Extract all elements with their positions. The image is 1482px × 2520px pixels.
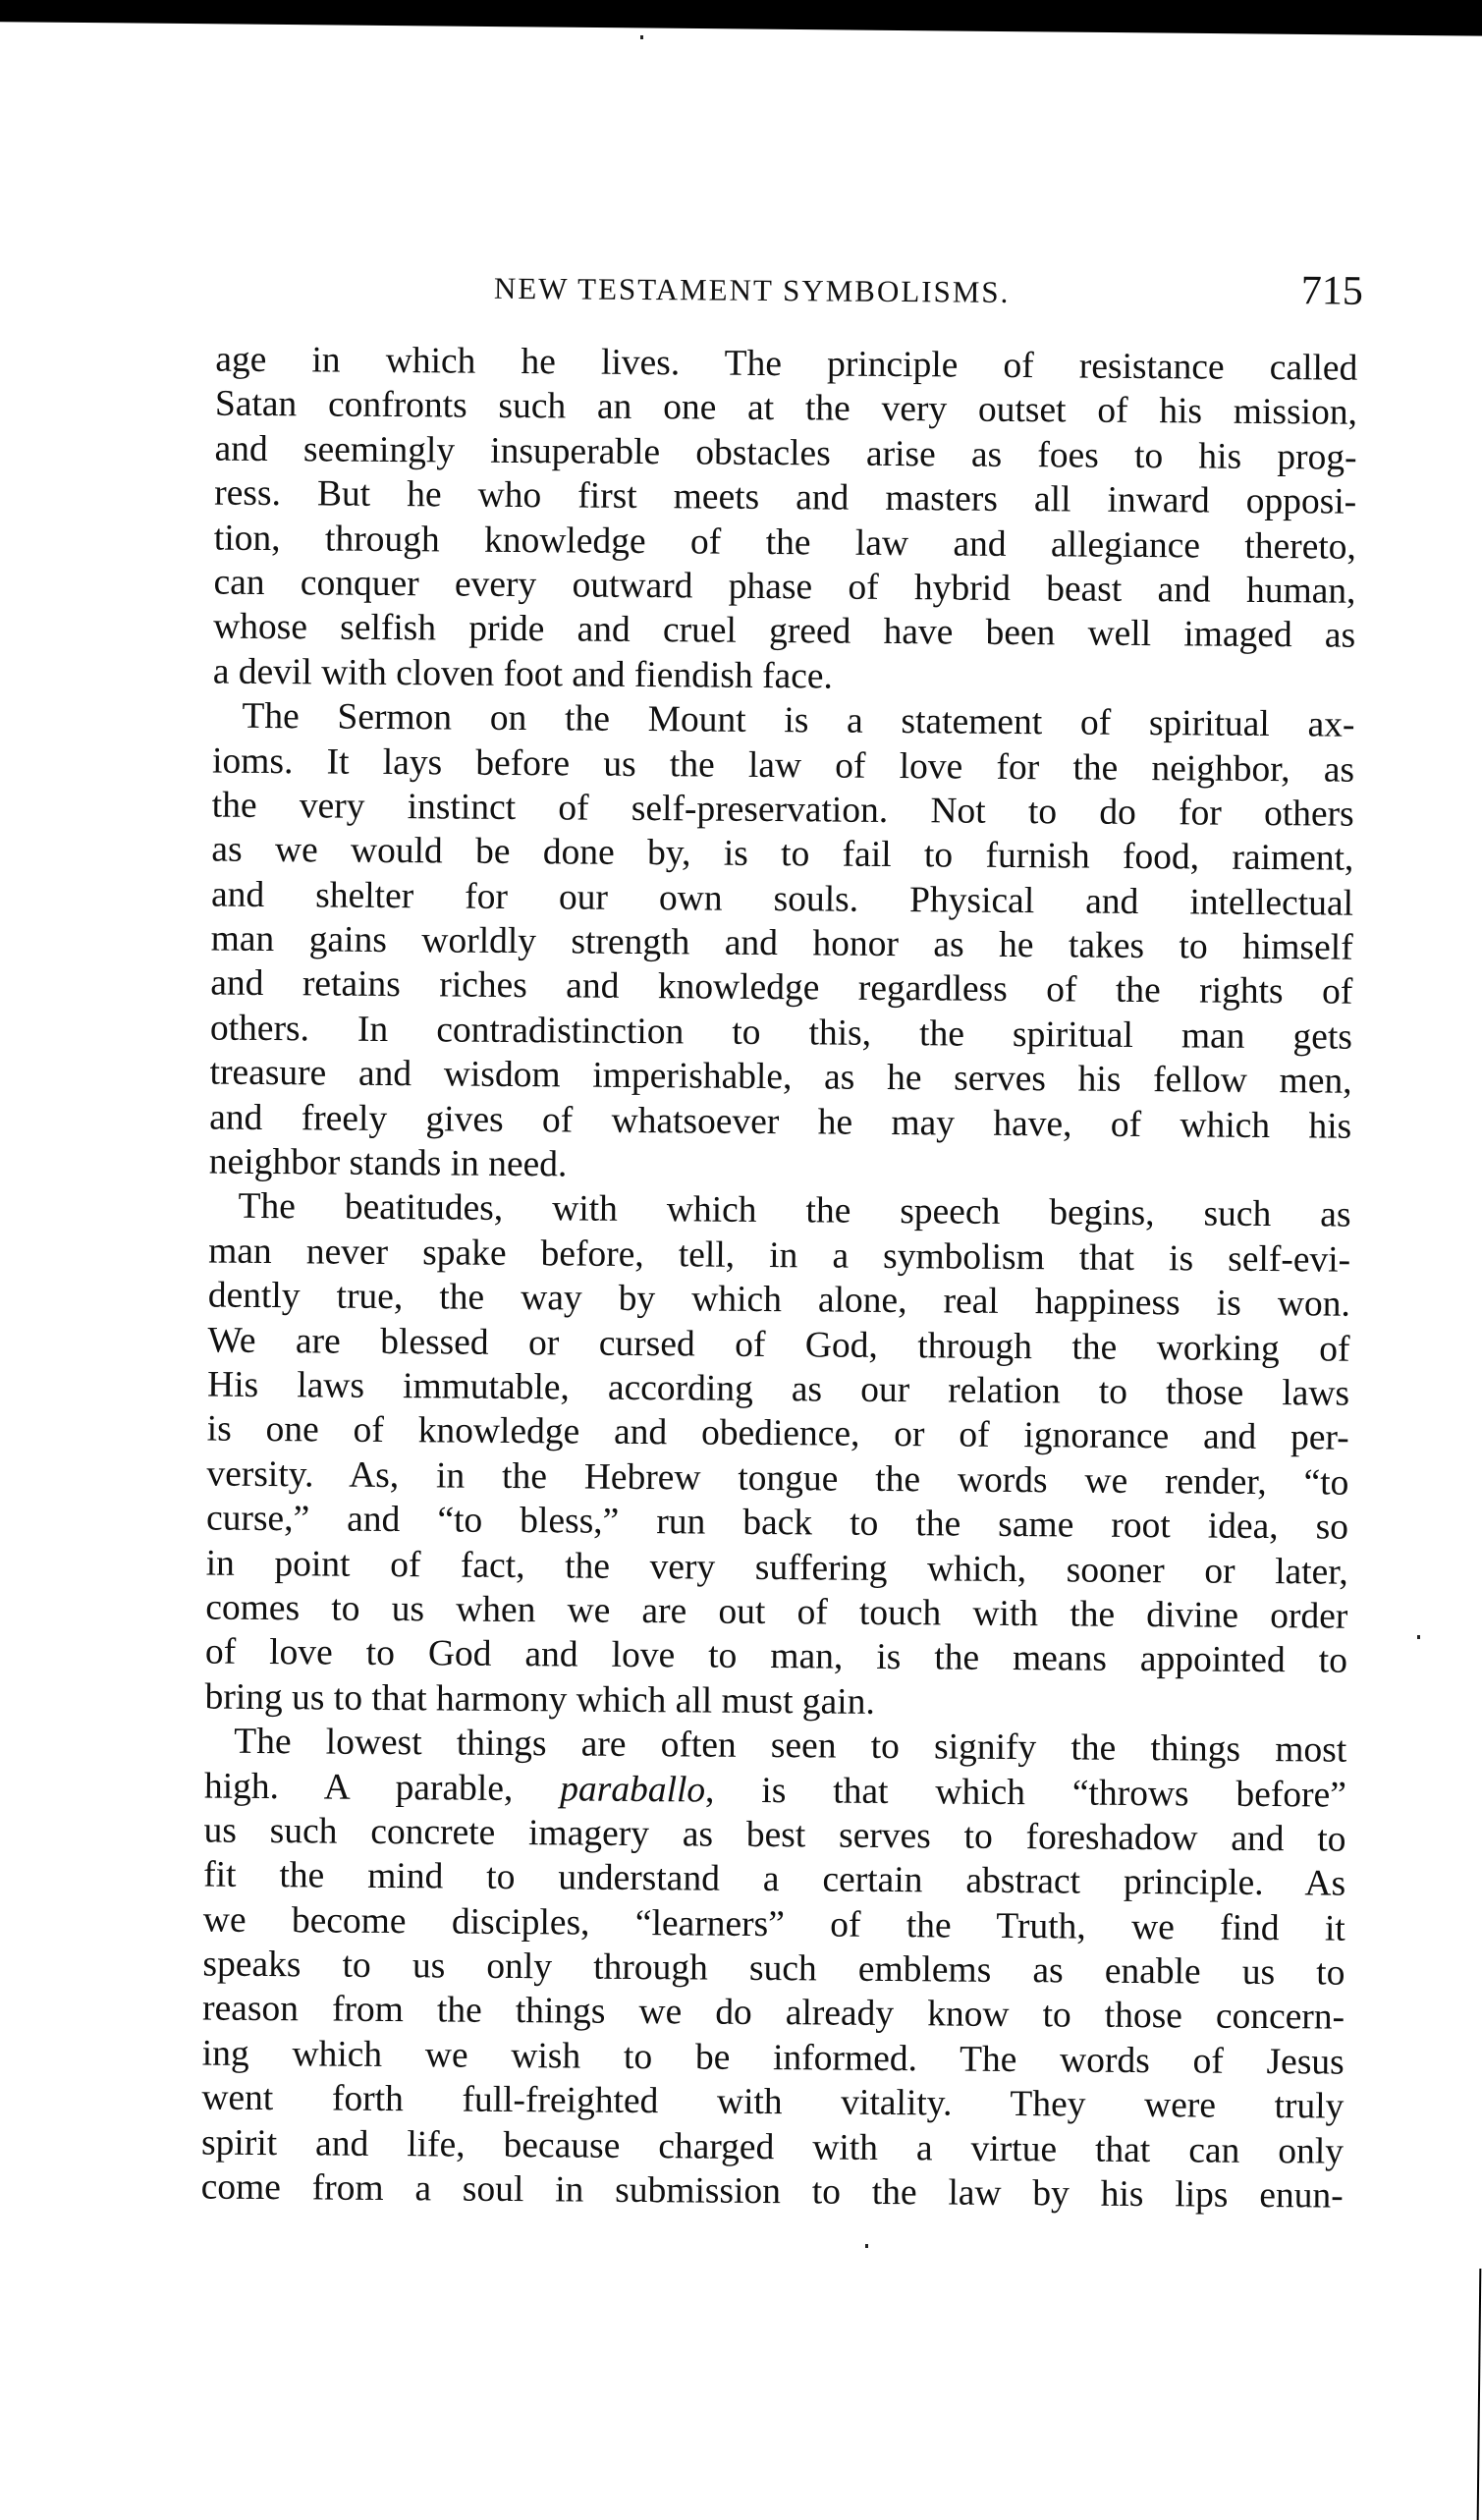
scan-right-page-edge: [1477, 2269, 1482, 2520]
paragraph-3: The beatitudes, with which the speech be…: [204, 1184, 1350, 1728]
paragraph-1: age in which he lives. The principle of …: [213, 338, 1358, 703]
paragraph-4: The lowest things are often seen to sign…: [201, 1720, 1347, 2219]
body-text: age in which he lives. The principle of …: [201, 338, 1358, 2219]
text-segment: , is that which “throws before”: [705, 1770, 1346, 1815]
book-page: NEW TESTAMENT SYMBOLISMS. 715 age in whi…: [0, 0, 1482, 2520]
running-title: NEW TESTAMENT SYMBOLISMS.: [494, 271, 1011, 310]
page-number: 715: [1301, 267, 1363, 314]
paragraph-2: The Sermon on the Mount is a statement o…: [209, 694, 1355, 1193]
italic-term-paraballo: paraballo: [560, 1769, 705, 1810]
text-line: come from a soul in submission to the la…: [201, 2165, 1344, 2219]
running-head: NEW TESTAMENT SYMBOLISMS. 715: [494, 261, 1363, 327]
text-segment: high. A parable,: [204, 1766, 561, 1809]
